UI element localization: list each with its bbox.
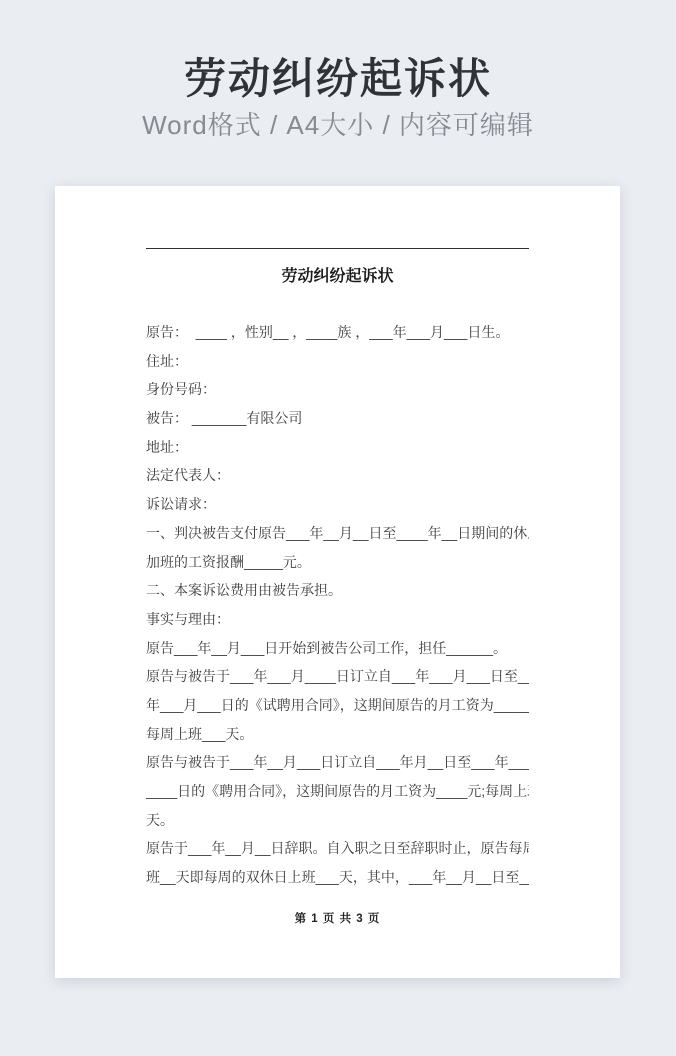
hero-header: 劳动纠纷起诉状 Word格式 / A4大小 / 内容可编辑 <box>0 0 676 139</box>
page-number-footer: 第 1 页 共 3 页 <box>146 912 529 926</box>
document-line: 每周上班___天。 <box>146 720 529 749</box>
document-line: 年___月___日的《试聘用合同》，这期间原告的月工资为_____元; <box>146 691 529 720</box>
document-line: 班__天即每周的双休日上班___天，其中，___年__月__日至___ <box>146 863 529 892</box>
document-line: 二、本案诉讼费用由被告承担。 <box>146 576 529 605</box>
document-line: 一、判决被告支付原告___年__月__日至____年__日期间的休息日 <box>146 519 529 548</box>
document-line: 地址： <box>146 433 529 462</box>
document-line: 原告： ____ ，性别__ ，____族 ，___年___月___日生。 <box>146 318 529 347</box>
template-preview: 劳动纠纷起诉状 Word格式 / A4大小 / 内容可编辑 劳动纠纷起诉状 原告… <box>0 0 676 139</box>
template-title: 劳动纠纷起诉状 <box>0 56 676 102</box>
document-top-rule <box>146 248 529 249</box>
document-line: 法定代表人： <box>146 461 529 490</box>
document-line: ____日的《聘用合同》，这期间原告的月工资为____元;每周上班____ <box>146 777 529 806</box>
document-line: 身份号码： <box>146 375 529 404</box>
document-content: 劳动纠纷起诉状 原告： ____ ，性别__ ，____族 ，___年___月_… <box>55 248 620 1040</box>
document-line: 加班的工资报酬_____元。 <box>146 548 529 577</box>
document-line: 原告与被告于___年__月___日订立自___年月__日至___年___月 <box>146 748 529 777</box>
document-line: 诉讼请求： <box>146 490 529 519</box>
document-title: 劳动纠纷起诉状 <box>146 269 529 285</box>
document-page-preview: 劳动纠纷起诉状 原告： ____ ，性别__ ，____族 ，___年___月_… <box>55 186 620 978</box>
template-subtitle: Word格式 / A4大小 / 内容可编辑 <box>0 111 676 139</box>
document-body: 原告： ____ ，性别__ ，____族 ，___年___月___日生。住址：… <box>146 318 529 892</box>
document-line: 住址： <box>146 347 529 376</box>
document-line: 天。 <box>146 806 529 835</box>
document-line: 被告： _______有限公司 <box>146 404 529 433</box>
document-line: 原告___年__月___日开始到被告公司工作，担任______。 <box>146 634 529 663</box>
document-line: 原告与被告于___年___月____日订立自___年___月___日至___ <box>146 662 529 691</box>
document-line: 原告于___年__月__日辞职。自入职之日至辞职时止，原告每周上 <box>146 834 529 863</box>
document-line: 事实与理由： <box>146 605 529 634</box>
